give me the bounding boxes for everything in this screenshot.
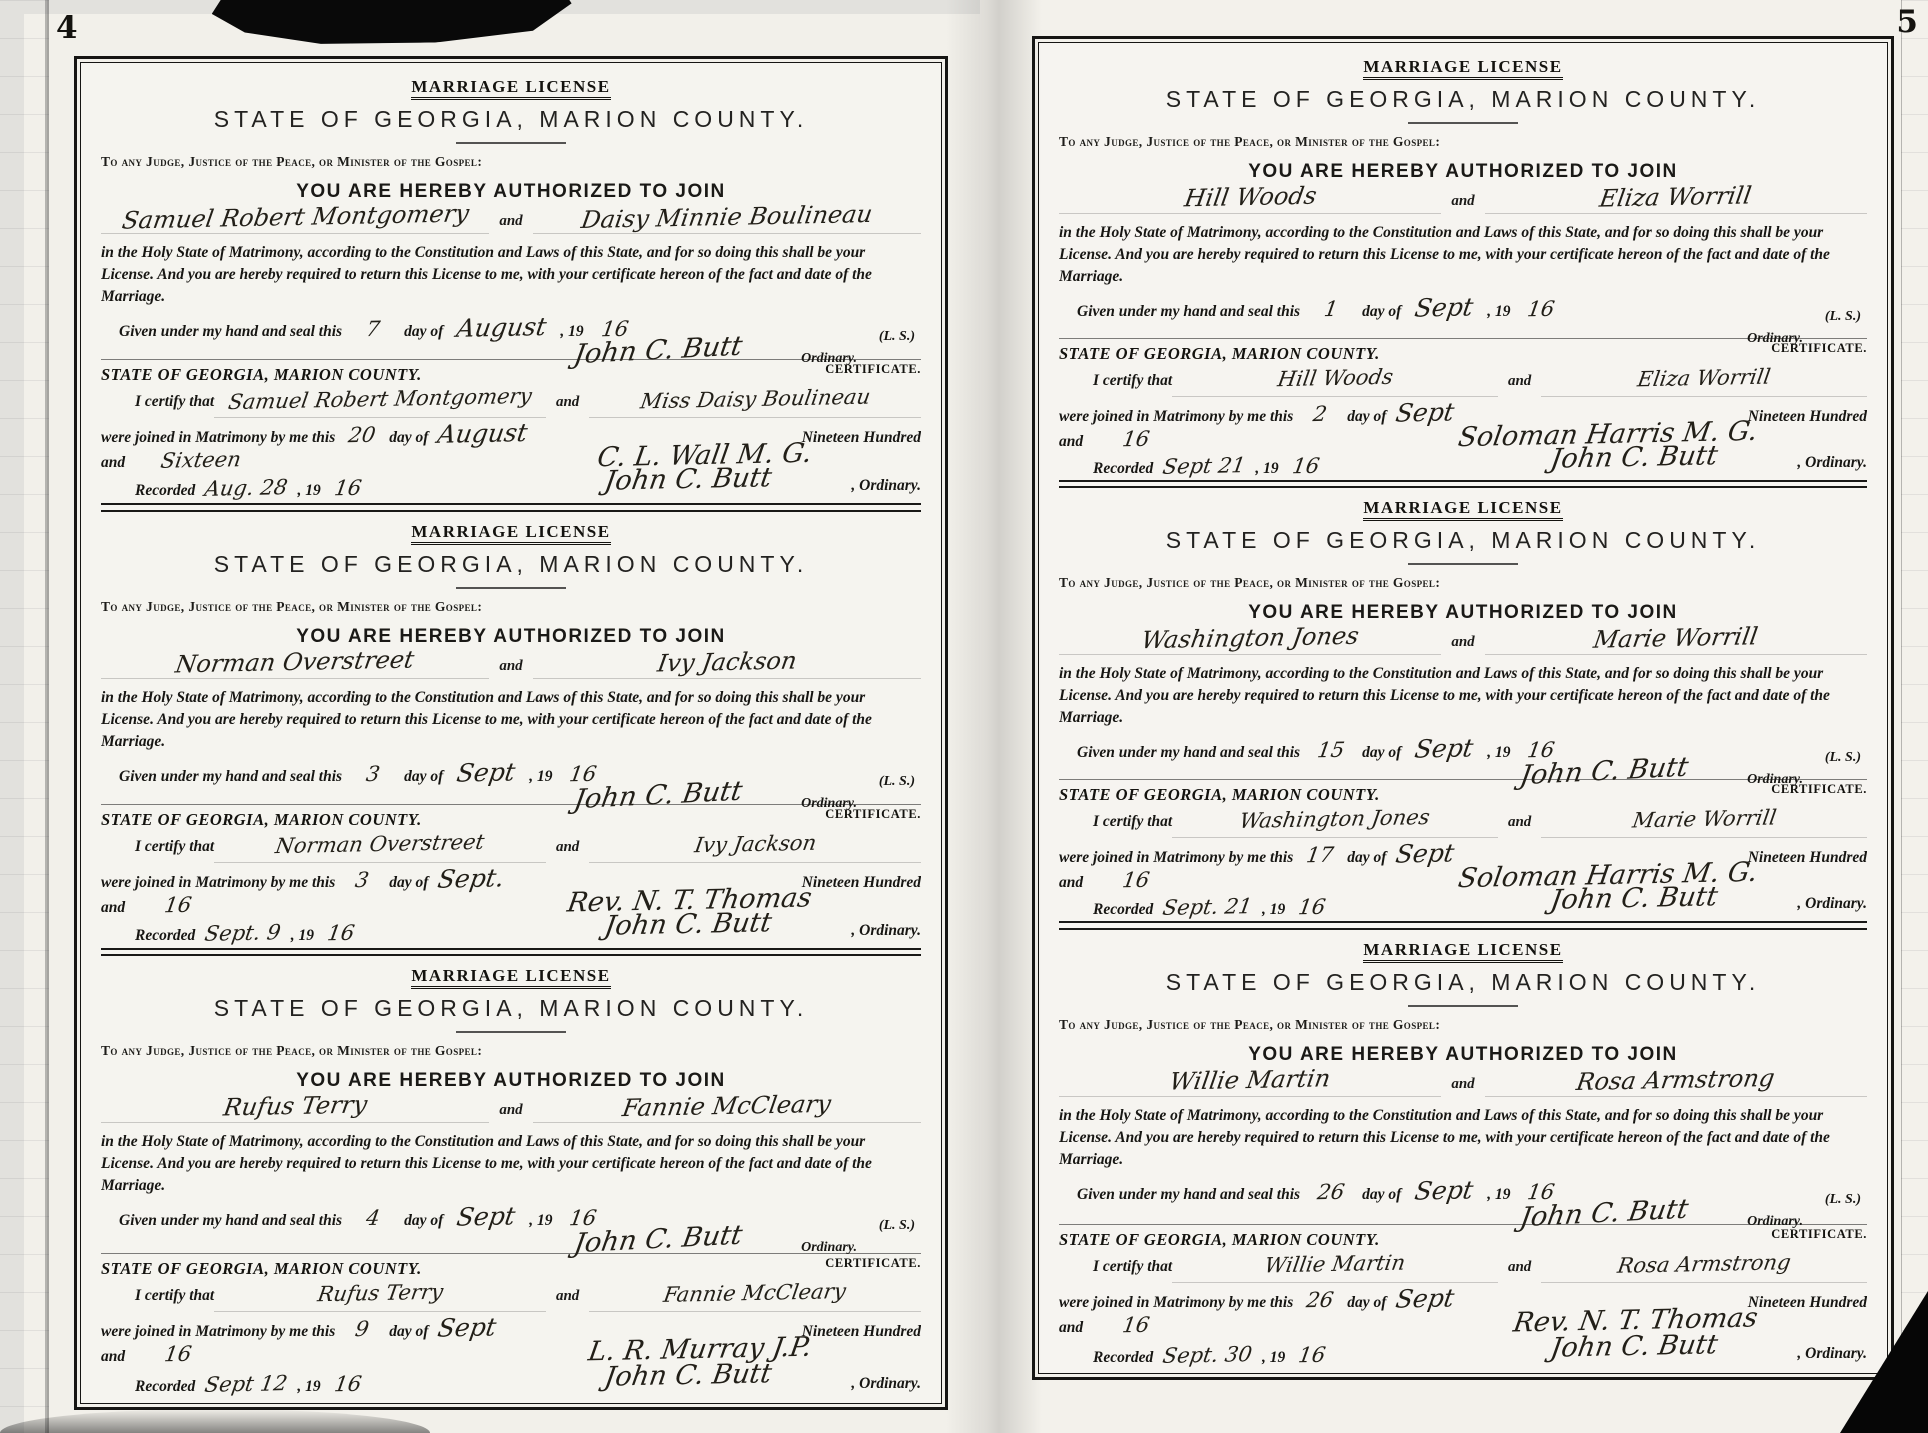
given-prefix: Given under my hand and seal this [101,323,342,340]
joined-prefix: were joined in Matrimony by me this [1059,849,1293,867]
certificate-header-row: STATE OF GEORGIA, MARION COUNTY. CERTIFI… [101,365,921,385]
given-month: Sept [1403,734,1486,765]
bride-name-slot: Daisy Minnie Boulineau [533,203,921,234]
authorization-line: YOU ARE HEREBY AUTHORIZED TO JOIN [1059,602,1867,624]
certify-names-row: I certify that Hill Woods and Eliza Worr… [1059,366,1867,398]
recorded-label: Recorded [101,1378,195,1396]
bride-name: Marie Worrill [1592,623,1760,654]
license-separator-rule [1059,480,1867,488]
license-body-text: in the Holy State of Matrimony, accordin… [101,687,921,753]
year-prefix: , 19 [297,482,320,500]
salutation-line: To any Judge, Justice of the Peace, or M… [1059,134,1867,150]
year-prefix: , 19 [1262,1349,1285,1367]
recorded-line: Recorded Sept 21 , 19 16 John C. Butt , … [1059,454,1867,480]
certificate-header-row: STATE OF GEORGIA, MARION COUNTY. CERTIFI… [101,1259,921,1279]
recorder-signature: John C. Butt [1548,440,1720,474]
marriage-license-block: MARRIAGE LICENSE STATE OF GEORGIA, MARIO… [1059,488,1867,929]
given-line: Given under my hand and seal this 7 day … [101,313,921,359]
day-of-label: day of [1347,408,1386,426]
certificate-year: 16 [149,892,207,917]
certify-names-row: I certify that Rufus Terry and Fannie Mc… [101,1281,921,1313]
recorded-year: 16 [319,476,377,501]
bride-name: Eliza Worrill [1598,181,1754,212]
seal-abbreviation: (L. S.) [1825,1192,1861,1208]
ordinary-label: , Ordinary. [1797,454,1867,472]
certify-names-row: I certify that Willie Martin and Rosa Ar… [1059,1252,1867,1284]
certificate-year: 16 [1107,868,1165,893]
ordinary-label: Ordinary. [1747,331,1803,347]
and-label: and [101,1348,125,1366]
license-title-text: MARRIAGE LICENSE [1363,498,1562,521]
certificate-day: 26 [1291,1288,1349,1313]
joined-prefix: were joined in Matrimony by me this [1059,408,1293,426]
certificate-month: Sept [1384,838,1467,869]
recorded-line: Recorded Sept 12 , 19 16 John C. Butt , … [101,1372,921,1401]
certificate-groom-slot: Hill Woods [1172,366,1498,397]
joined-prefix: were joined in Matrimony by me this [101,874,335,892]
given-month: Sept [1403,292,1486,323]
couple-names-row: Willie Martin and Rosa Armstrong [1059,1066,1867,1102]
license-body-text: in the Holy State of Matrimony, accordin… [1059,222,1867,288]
recorded-date: Sept. 30 [1151,1341,1264,1367]
certificate-year: Sixteen [149,447,253,473]
certify-names-row: I certify that Washington Jones and Mari… [1059,807,1867,839]
recorded-year: 16 [1283,895,1341,920]
groom-name: Washington Jones [1139,622,1360,655]
decorative-rule [456,587,566,589]
recorder-signature: John C. Butt [1548,1329,1720,1363]
page-content-area: MARRIAGE LICENSE STATE OF GEORGIA, MARIO… [80,62,942,1404]
day-of-label: day of [404,768,443,785]
certificate-groom-name: Hill Woods [1276,365,1395,391]
couple-names-row: Washington Jones and Marie Worrill [1059,624,1867,660]
nineteen-hundred-label: Nineteen Hundred [1748,408,1867,426]
joined-prefix: were joined in Matrimony by me this [1059,1294,1293,1312]
and-label: and [1441,193,1484,210]
recorded-line: Recorded Sept. 9 , 19 16 John C. Butt , … [101,921,921,948]
day-of-label: day of [1347,849,1386,867]
recorded-date: Sept 12 [193,1371,299,1397]
license-title: MARRIAGE LICENSE [1059,57,1867,77]
page-border-frame: MARRIAGE LICENSE STATE OF GEORGIA, MARIO… [74,56,948,1410]
couple-names-row: Rufus Terry and Fannie McCleary [101,1092,921,1128]
recorded-year: 16 [319,1371,377,1396]
day-of-label: day of [404,1212,443,1229]
seal-abbreviation: (L. S.) [879,329,915,345]
certificate-month: August [426,418,540,449]
license-body-text: in the Holy State of Matrimony, accordin… [101,1131,921,1197]
year-prefix: , 19 [297,1378,320,1396]
license-title: MARRIAGE LICENSE [101,522,921,542]
given-day: 1 [1302,296,1360,321]
certificate-day: 3 [333,867,391,892]
license-title-text: MARRIAGE LICENSE [1363,57,1562,80]
nineteen-hundred-label: Nineteen Hundred [1748,849,1867,867]
certificate-groom-name: Rufus Terry [316,1279,445,1306]
given-year: 16 [1513,296,1571,321]
and-label: and [546,1288,589,1305]
certificate-state-line: STATE OF GEORGIA, MARION COUNTY. [101,1259,422,1279]
given-day: 3 [344,761,402,786]
and-label: and [489,658,532,675]
certificate-groom-slot: Norman Overstreet [214,832,546,863]
certificate-bride-name: Miss Daisy Boulineau [638,385,871,414]
decorative-rule [456,1031,566,1033]
year-prefix: , 19 [560,323,583,340]
recorded-year: 16 [1277,453,1335,478]
seal-abbreviation: (L. S.) [1825,309,1861,325]
scanned-register-spread: { "colors": { "ink": "#1b1a18", "paper":… [0,0,1928,1433]
year-prefix: , 19 [1487,1186,1510,1203]
section-divider [101,804,921,805]
section-divider [1059,1224,1867,1225]
day-of-label: day of [1347,1294,1386,1312]
license-title-text: MARRIAGE LICENSE [411,77,610,100]
ordinary-label: , Ordinary. [851,1375,921,1393]
year-prefix: , 19 [1255,460,1278,478]
certificate-state-line: STATE OF GEORGIA, MARION COUNTY. [1059,344,1380,364]
certificate-year: 16 [1107,1313,1165,1338]
groom-name: Samuel Robert Montgomery [120,199,471,234]
salutation-line: To any Judge, Justice of the Peace, or M… [1059,575,1867,591]
and-label: and [489,213,532,230]
given-prefix: Given under my hand and seal this [1059,303,1300,320]
page-border-frame: MARRIAGE LICENSE STATE OF GEORGIA, MARIO… [1032,36,1894,1380]
recorder-signature: John C. Butt [602,1358,774,1392]
given-prefix: Given under my hand and seal this [1059,744,1300,761]
certificate-day: 20 [333,423,391,448]
bride-name-slot: Marie Worrill [1485,624,1867,655]
day-of-label: day of [1362,1186,1401,1203]
given-month: Sept [445,1202,528,1233]
year-line: and 16 L. R. Murray J.P. [101,1342,921,1370]
bride-name: Rosa Armstrong [1575,1064,1777,1096]
salutation-line: To any Judge, Justice of the Peace, or M… [101,599,921,615]
page-edge-left [0,0,49,1433]
recorded-label: Recorded [1059,901,1153,919]
bride-name: Ivy Jackson [655,646,798,677]
given-day: 15 [1302,738,1360,763]
salutation-line: To any Judge, Justice of the Peace, or M… [101,1043,921,1059]
license-title-text: MARRIAGE LICENSE [411,522,610,545]
license-title: MARRIAGE LICENSE [101,77,921,97]
authorization-line: YOU ARE HEREBY AUTHORIZED TO JOIN [1059,161,1867,183]
section-divider [101,359,921,360]
recorded-date: Sept 21 [1151,453,1257,479]
certificate-groom-name: Washington Jones [1238,805,1432,833]
day-of-label: day of [1362,744,1401,761]
decorative-rule [1408,563,1518,565]
given-line: Given under my hand and seal this 3 day … [101,758,921,804]
license-title: MARRIAGE LICENSE [101,966,921,986]
nineteen-hundred-label: Nineteen Hundred [802,429,921,447]
ordinary-label: Ordinary. [1747,772,1803,788]
and-label: and [1498,814,1541,831]
license-title: MARRIAGE LICENSE [1059,940,1867,960]
seal-abbreviation: (L. S.) [1825,750,1861,766]
certificate-month: Sept [1384,1284,1467,1315]
and-label: and [101,454,125,472]
recorder-signature: John C. Butt [602,462,774,496]
and-label: and [1498,373,1541,390]
state-county-line: STATE OF GEORGIA, MARION COUNTY. [1059,527,1867,554]
license-body-text: in the Holy State of Matrimony, accordin… [101,242,921,308]
certificate-state-line: STATE OF GEORGIA, MARION COUNTY. [1059,785,1380,805]
recorded-date: Aug. 28 [193,475,299,501]
seal-abbreviation: (L. S.) [879,774,915,790]
authorization-line: YOU ARE HEREBY AUTHORIZED TO JOIN [101,1070,921,1092]
day-of-label: day of [389,874,428,892]
and-label: and [1059,1319,1083,1337]
nineteen-hundred-label: Nineteen Hundred [1748,1294,1867,1312]
certificate-bride-slot: Fannie McCleary [589,1281,921,1312]
marriage-license-block: MARRIAGE LICENSE STATE OF GEORGIA, MARIO… [1059,47,1867,488]
i-certify-label: I certify that [101,1287,214,1305]
recorded-date: Sept. 9 [193,920,292,946]
given-line: Given under my hand and seal this 1 day … [1059,293,1867,338]
page-number-left: 4 [56,10,78,46]
certificate-groom-name: Norman Overstreet [274,830,486,858]
given-day: 4 [344,1206,402,1231]
salutation-line: To any Judge, Justice of the Peace, or M… [101,154,921,170]
certificate-bride-name: Eliza Worrill [1636,364,1772,391]
certificate-label: CERTIFICATE. [1771,1227,1867,1242]
certificate-year: 16 [1107,426,1165,451]
year-prefix: , 19 [1487,303,1510,320]
ordinary-label: , Ordinary. [851,477,921,495]
certificate-bride-slot: Miss Daisy Boulineau [589,387,921,418]
bride-name-slot: Ivy Jackson [533,648,921,679]
day-of-label: day of [1362,303,1401,320]
and-label: and [546,394,589,411]
given-prefix: Given under my hand and seal this [101,1212,342,1229]
given-line: Given under my hand and seal this 26 day… [1059,1176,1867,1225]
ordinary-label: , Ordinary. [1797,895,1867,913]
couple-names-row: Samuel Robert Montgomery and Daisy Minni… [101,203,921,239]
certificate-groom-slot: Willie Martin [1172,1252,1498,1283]
certificate-bride-slot: Ivy Jackson [589,832,921,863]
state-county-line: STATE OF GEORGIA, MARION COUNTY. [101,551,921,578]
certificate-bride-name: Fannie McCleary [662,1279,848,1307]
joined-prefix: were joined in Matrimony by me this [101,429,335,447]
and-label: and [489,1102,532,1119]
ordinary-label: , Ordinary. [1797,1345,1867,1363]
recorded-label: Recorded [101,927,195,945]
certificate-day: 9 [333,1316,391,1341]
nineteen-hundred-label: Nineteen Hundred [802,874,921,892]
year-prefix: , 19 [529,1212,552,1229]
ordinary-label: Ordinary. [801,1240,857,1256]
license-body-text: in the Holy State of Matrimony, accordin… [1059,1105,1867,1171]
salutation-line: To any Judge, Justice of the Peace, or M… [1059,1017,1867,1033]
year-prefix: , 19 [529,768,552,785]
given-prefix: Given under my hand and seal this [1059,1186,1300,1203]
day-of-label: day of [404,323,443,340]
groom-name: Willie Martin [1168,1064,1333,1095]
and-label: and [1441,634,1484,651]
recorded-line: Recorded Sept. 21 , 19 16 John C. Butt ,… [1059,895,1867,921]
certificate-header-row: STATE OF GEORGIA, MARION COUNTY. CERTIFI… [1059,785,1867,805]
day-of-label: day of [389,1323,428,1341]
i-certify-label: I certify that [101,393,214,411]
decorative-rule [456,142,566,144]
certificate-header-row: STATE OF GEORGIA, MARION COUNTY. CERTIFI… [1059,1230,1867,1250]
given-month: Sept [445,757,528,788]
certificate-day: 2 [1291,401,1349,426]
certificate-bride-name: Marie Worrill [1631,806,1778,833]
marriage-license-block: MARRIAGE LICENSE STATE OF GEORGIA, MARIO… [101,956,921,1401]
marriage-license-block: MARRIAGE LICENSE STATE OF GEORGIA, MARIO… [101,512,921,957]
year-prefix: , 19 [291,927,314,945]
joined-prefix: were joined in Matrimony by me this [101,1323,335,1341]
groom-name-slot: Washington Jones [1059,624,1441,655]
recorded-label: Recorded [1059,460,1153,478]
marriage-license-block: MARRIAGE LICENSE STATE OF GEORGIA, MARIO… [1059,930,1867,1371]
ordinary-label: Ordinary. [1747,1214,1803,1230]
bride-name-slot: Eliza Worrill [1485,183,1867,214]
groom-name: Hill Woods [1182,182,1318,213]
and-label: and [1498,1259,1541,1276]
certificate-groom-name: Willie Martin [1263,1251,1407,1278]
certificate-state-line: STATE OF GEORGIA, MARION COUNTY. [101,365,422,385]
given-line: Given under my hand and seal this 4 day … [101,1202,921,1252]
ordinary-label: Ordinary. [801,796,857,812]
license-title-text: MARRIAGE LICENSE [1363,940,1562,963]
license-separator-rule [1059,921,1867,929]
license-body-text: in the Holy State of Matrimony, accordin… [1059,663,1867,729]
certify-names-row: I certify that Norman Overstreet and Ivy… [101,832,921,864]
year-line: and Sixteen C. L. Wall M. G. [101,448,921,474]
authorization-line: YOU ARE HEREBY AUTHORIZED TO JOIN [101,626,921,648]
ordinary-label: , Ordinary. [851,922,921,940]
authorization-line: YOU ARE HEREBY AUTHORIZED TO JOIN [1059,1044,1867,1066]
certify-names-row: I certify that Samuel Robert Montgomery … [101,387,921,419]
certificate-groom-slot: Rufus Terry [214,1281,546,1312]
day-of-label: day of [389,429,428,447]
state-county-line: STATE OF GEORGIA, MARION COUNTY. [101,106,921,133]
given-prefix: Given under my hand and seal this [101,768,342,785]
certificate-bride-slot: Rosa Armstrong [1541,1252,1867,1283]
section-divider [1059,779,1867,780]
recorded-label: Recorded [101,482,195,500]
nineteen-hundred-label: Nineteen Hundred [802,1323,921,1341]
section-divider [1059,338,1867,339]
year-line: and 16 Rev. N. T. Thomas [1059,1313,1867,1340]
and-label: and [1441,1076,1484,1093]
bride-name: Daisy Minnie Boulineau [579,200,874,234]
certificate-state-line: STATE OF GEORGIA, MARION COUNTY. [101,810,422,830]
certificate-groom-slot: Samuel Robert Montgomery [214,387,546,418]
certificate-header-row: STATE OF GEORGIA, MARION COUNTY. CERTIFI… [1059,344,1867,364]
recorded-line: Recorded Aug. 28 , 19 16 John C. Butt , … [101,476,921,503]
i-certify-label: I certify that [1059,372,1172,390]
license-separator-rule [101,503,921,512]
ordinary-label: Ordinary. [801,351,857,367]
given-line: Given under my hand and seal this 15 day… [1059,734,1867,779]
recorder-signature: John C. Butt [1548,881,1720,915]
recorded-label: Recorded [1059,1349,1153,1367]
year-prefix: , 19 [1262,901,1285,919]
certificate-month: Sept. [426,863,517,894]
and-label: and [101,899,125,917]
license-title-text: MARRIAGE LICENSE [411,966,610,989]
certificate-groom-name: Samuel Robert Montgomery [227,384,534,414]
certificate-label: CERTIFICATE. [825,1256,921,1271]
groom-name: Norman Overstreet [174,645,417,678]
certificate-header-row: STATE OF GEORGIA, MARION COUNTY. CERTIFI… [101,810,921,830]
and-label: and [1059,874,1083,892]
given-day: 7 [344,316,402,341]
license-separator-rule [101,948,921,957]
i-certify-label: I certify that [1059,1258,1172,1276]
decorative-rule [1408,122,1518,124]
certificate-bride-name: Ivy Jackson [693,831,818,858]
recorder-signature: John C. Butt [602,907,774,941]
recorded-date: Sept. 21 [1151,894,1264,920]
certificate-month: Sept [426,1312,509,1343]
given-month: Sept [1403,1175,1486,1206]
and-label: and [546,839,589,856]
recorded-year: 16 [1283,1342,1341,1367]
bride-name-slot: Rosa Armstrong [1485,1066,1867,1097]
page-edge-right [1901,0,1928,1433]
seal-abbreviation: (L. S.) [879,1218,915,1234]
section-divider [101,1253,921,1254]
decorative-rule [1408,1005,1518,1007]
bride-name: Fannie McCleary [621,1090,833,1122]
certificate-bride-slot: Eliza Worrill [1541,366,1867,397]
year-line: and 16 Rev. N. T. Thomas [101,893,921,919]
and-label: and [1059,433,1083,451]
i-certify-label: I certify that [101,838,214,856]
couple-names-row: Hill Woods and Eliza Worrill [1059,183,1867,219]
certificate-groom-slot: Washington Jones [1172,807,1498,838]
groom-name-slot: Rufus Terry [101,1092,489,1123]
state-county-line: STATE OF GEORGIA, MARION COUNTY. [1059,969,1867,996]
license-title: MARRIAGE LICENSE [1059,498,1867,518]
marriage-license-block: MARRIAGE LICENSE STATE OF GEORGIA, MARIO… [101,67,921,512]
groom-name-slot: Willie Martin [1059,1066,1441,1097]
certificate-year: 16 [149,1341,207,1366]
given-day: 26 [1302,1179,1360,1204]
page-content-area: MARRIAGE LICENSE STATE OF GEORGIA, MARIO… [1038,42,1888,1374]
groom-name-slot: Norman Overstreet [101,648,489,679]
register-page-left: MARRIAGE LICENSE STATE OF GEORGIA, MARIO… [24,14,980,1433]
state-county-line: STATE OF GEORGIA, MARION COUNTY. [1059,86,1867,113]
year-prefix: , 19 [1487,744,1510,761]
certificate-bride-name: Rosa Armstrong [1616,1251,1793,1279]
i-certify-label: I certify that [1059,813,1172,831]
certificate-day: 17 [1291,843,1349,868]
groom-name-slot: Hill Woods [1059,183,1441,214]
groom-name: Rufus Terry [221,1091,369,1122]
certificate-bride-slot: Marie Worrill [1541,807,1867,838]
certificate-month: Sept [1384,397,1467,428]
recorded-line: Recorded Sept. 30 , 19 16 John C. Butt ,… [1059,1343,1867,1371]
recorded-year: 16 [312,920,370,945]
year-line: and 16 Soloman Harris M. G. [1059,868,1867,893]
given-month: August [445,312,559,343]
bride-name-slot: Fannie McCleary [533,1092,921,1123]
groom-name-slot: Samuel Robert Montgomery [101,203,489,234]
page-number-right: 5 [1896,4,1918,40]
register-page-right: MARRIAGE LICENSE STATE OF GEORGIA, MARIO… [980,0,1928,1433]
state-county-line: STATE OF GEORGIA, MARION COUNTY. [101,995,921,1022]
certificate-state-line: STATE OF GEORGIA, MARION COUNTY. [1059,1230,1380,1250]
year-line: and 16 Soloman Harris M. G. [1059,427,1867,452]
couple-names-row: Norman Overstreet and Ivy Jackson [101,648,921,684]
authorization-line: YOU ARE HEREBY AUTHORIZED TO JOIN [101,181,921,203]
